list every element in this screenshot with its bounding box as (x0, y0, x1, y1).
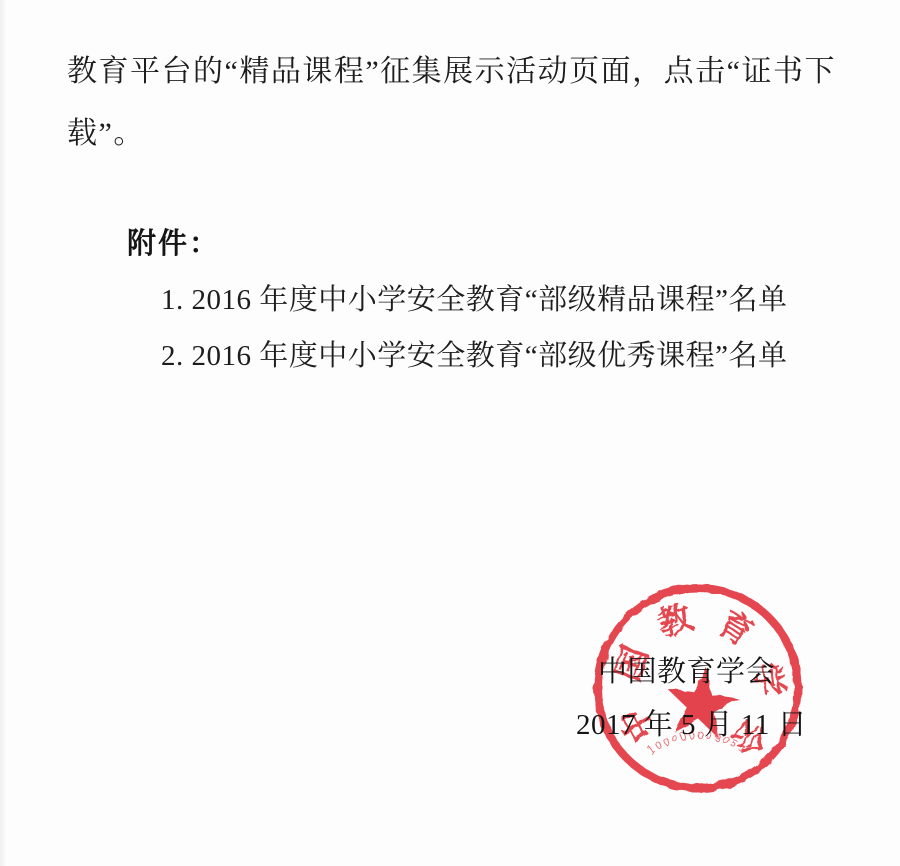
attachments-heading: 附件： (127, 221, 220, 262)
seal-ring-char: 教 (653, 598, 698, 645)
scan-page-edge (0, 0, 7, 866)
seal-ring-char: 育 (711, 603, 761, 654)
body-paragraph-line: 教育平台的“精品课程”征集展示活动页面，点击“证书下 (67, 46, 836, 90)
attachment-list-item: 2. 2016 年度中小学安全教育“部级优秀课程”名单 (161, 333, 788, 374)
signature-date: 2017 年 5 月 11 日 (576, 702, 807, 743)
signature-organization: 中国教育学会 (598, 649, 775, 690)
attachment-list-item: 1. 2016 年度中小学安全教育“部级精品课程”名单 (161, 277, 788, 318)
body-paragraph-line: 载”。 (67, 108, 145, 152)
